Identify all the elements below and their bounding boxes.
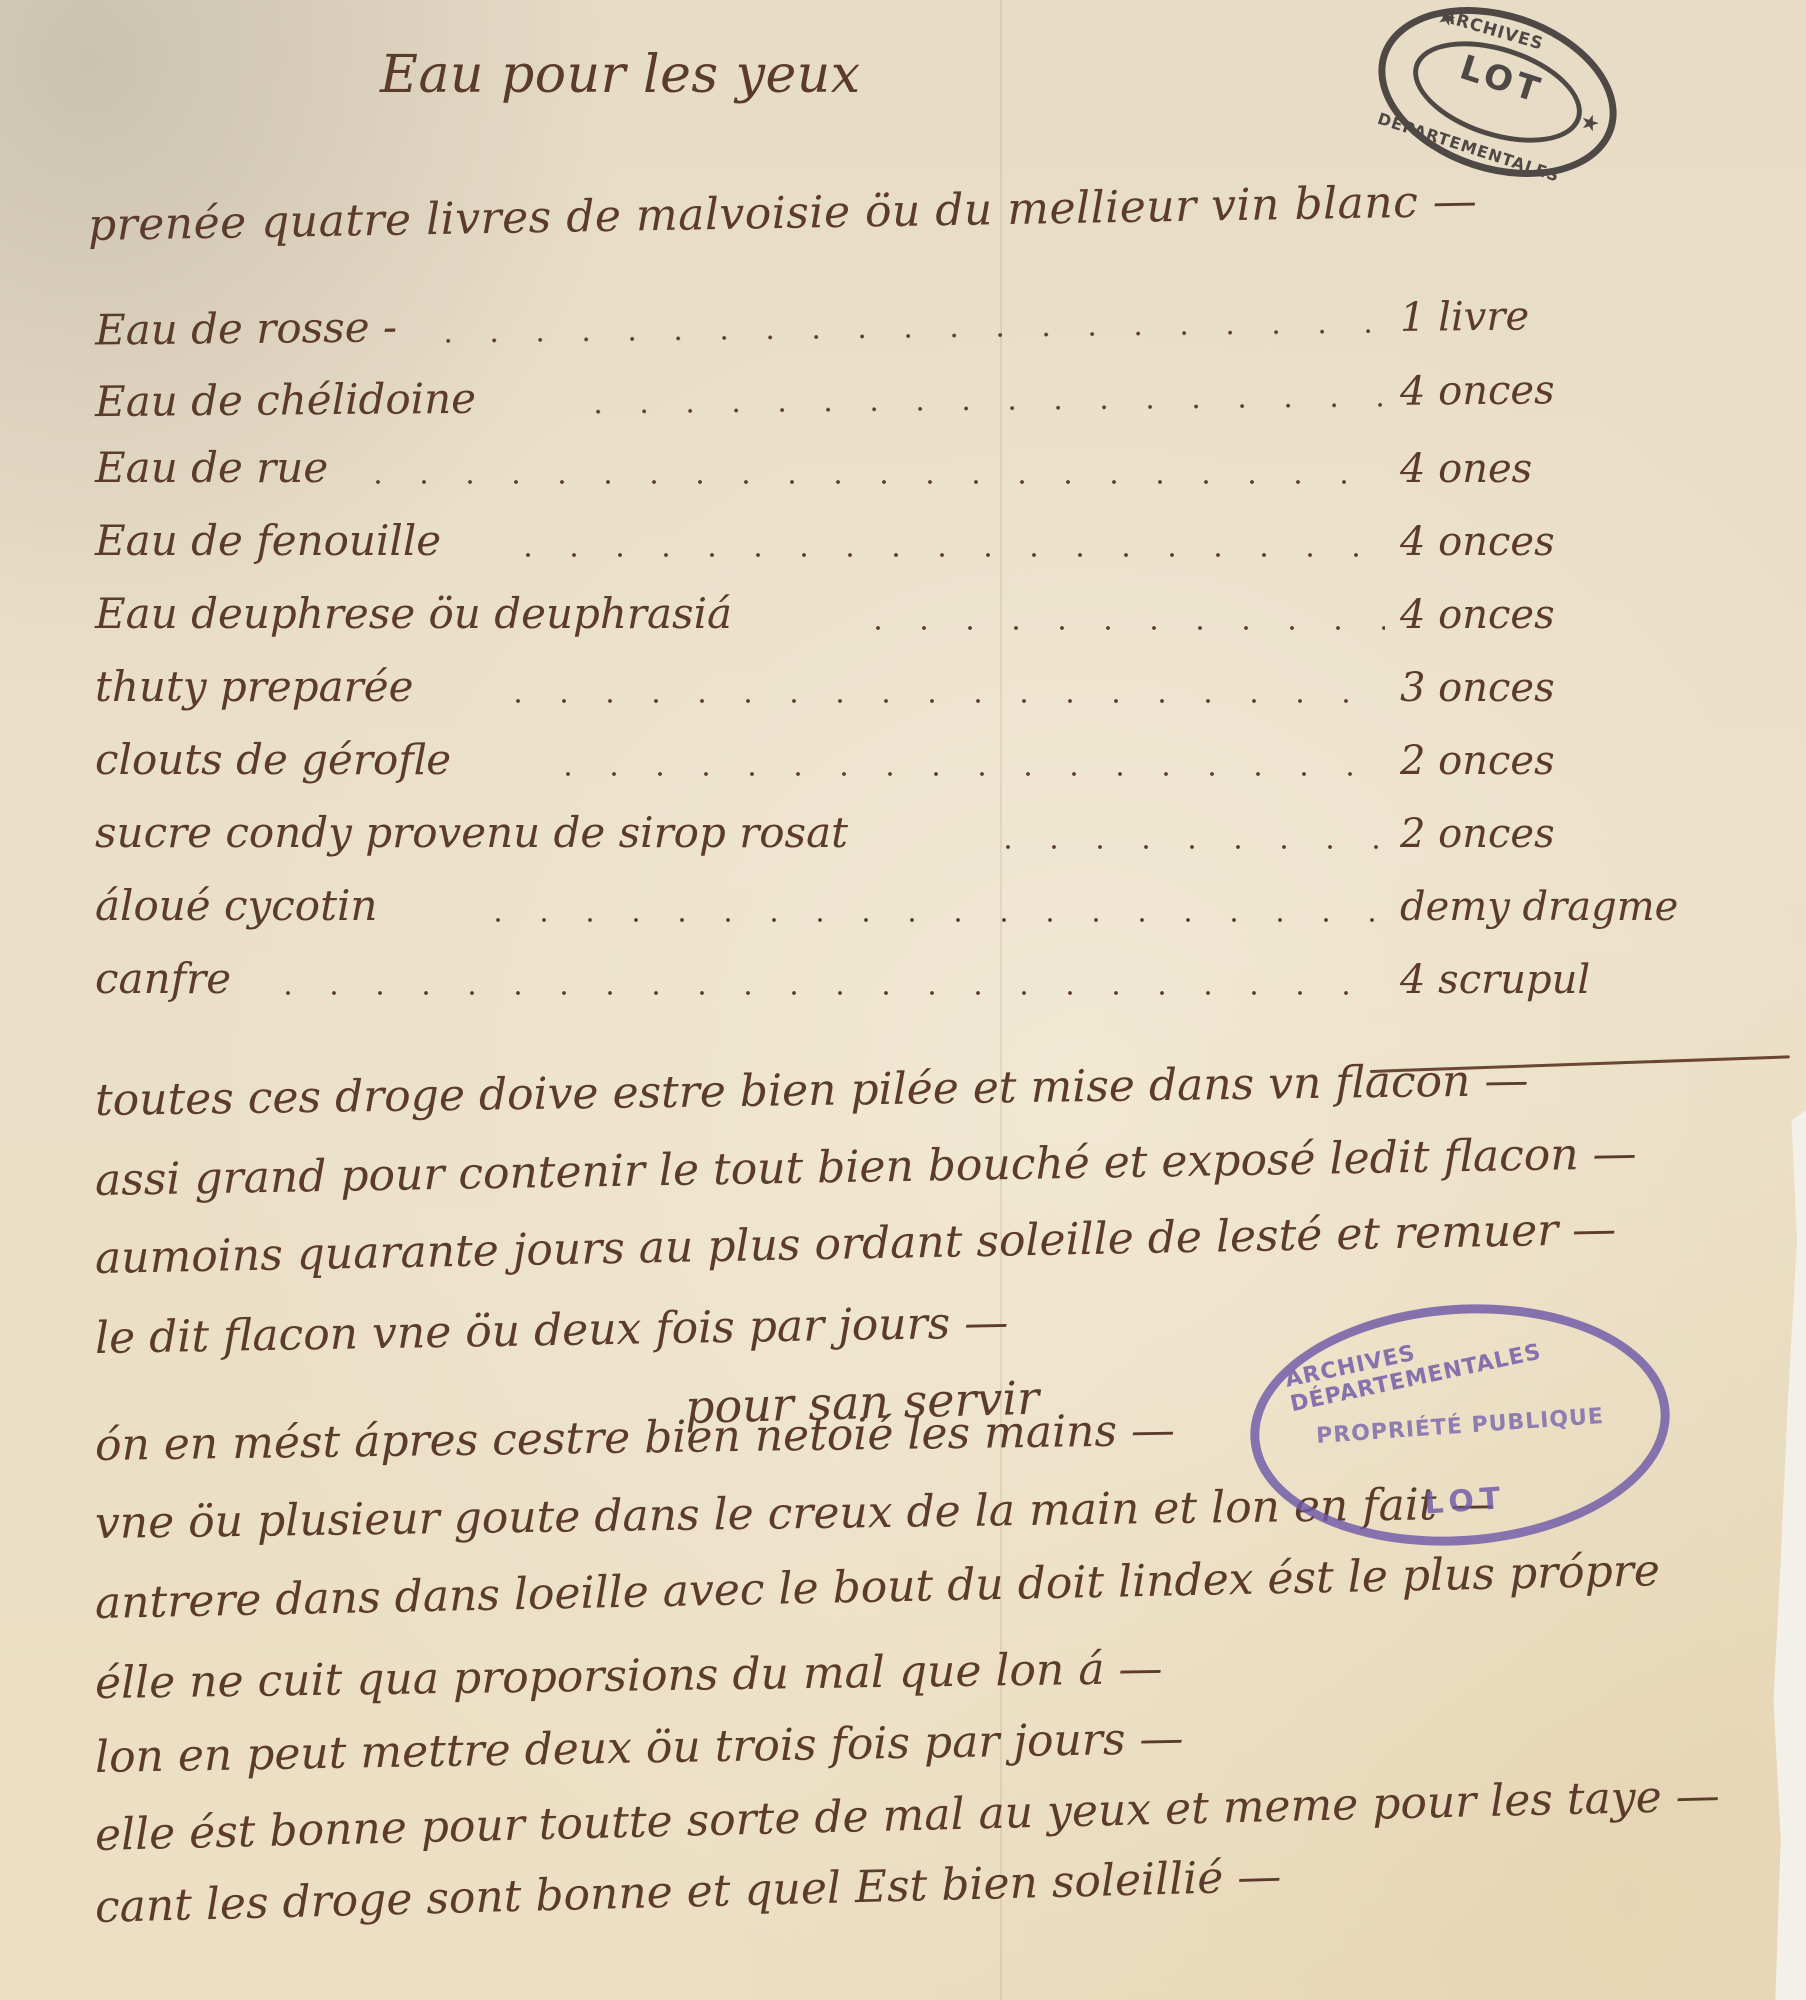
- ingredient-row: clouts de gérofle 2 onces: [95, 723, 1725, 796]
- ingredient-name: Eau deuphrese öu deuphrasiá: [95, 589, 732, 638]
- ingredient-row: sucre condy provenu de sirop rosat 2 onc…: [95, 796, 1725, 869]
- ingredient-name: Eau de chélidoine: [95, 374, 476, 426]
- ingredient-quantity: 4 onces: [1400, 592, 1555, 638]
- ingredient-quantity: 4 onces: [1400, 519, 1555, 565]
- ingredient-row: áloué cycotin demy dragme: [95, 869, 1725, 942]
- ingredient-quantity: demy dragme: [1400, 884, 1678, 930]
- ingredient-row: thuty preparée 3 onces: [95, 650, 1725, 723]
- ingredient-name: áloué cycotin: [95, 881, 377, 930]
- ingredient-name: Eau de fenouille: [95, 516, 441, 565]
- ingredient-list: Eau de rosse - 1 livre Eau de chélidoine…: [95, 285, 1725, 1015]
- dot-leader: [495, 699, 1385, 703]
- ingredient-name: Eau de rue: [95, 443, 328, 492]
- ingredient-quantity: 2 onces: [1400, 738, 1555, 784]
- dot-leader: [475, 918, 1385, 922]
- ingredient-quantity: 3 onces: [1400, 665, 1555, 711]
- ingredient-quantity: 1 livre: [1400, 294, 1530, 341]
- dot-leader: [855, 626, 1385, 630]
- ingredient-name: Eau de rosse -: [95, 302, 398, 354]
- ingredient-row: canfre 4 scrupul: [95, 942, 1725, 1015]
- ingredient-quantity: 4 scrupul: [1400, 957, 1590, 1003]
- ingredient-name: thuty preparée: [95, 662, 413, 711]
- dot-leader: [425, 329, 1385, 343]
- ingredient-row: Eau de chélidoine 4 onces: [95, 351, 1726, 438]
- dot-leader: [985, 845, 1385, 849]
- ingredient-name: canfre: [95, 954, 231, 1003]
- recipe-title: Eau pour les yeux: [380, 45, 861, 105]
- dot-leader: [545, 772, 1385, 776]
- ingredient-quantity: 4 onces: [1400, 367, 1555, 414]
- dot-leader: [575, 403, 1385, 414]
- ingredient-row: Eau de fenouille 4 onces: [95, 504, 1725, 577]
- ingredient-quantity: 2 onces: [1400, 811, 1555, 857]
- ingredient-name: sucre condy provenu de sirop rosat: [95, 808, 848, 857]
- ingredient-quantity: 4 ones: [1400, 446, 1532, 492]
- dot-leader: [355, 480, 1385, 484]
- ingredient-name: clouts de gérofle: [95, 735, 451, 784]
- dot-leader: [505, 553, 1385, 557]
- ingredient-row: Eau de rue 4 ones: [95, 431, 1725, 504]
- dot-leader: [265, 991, 1385, 995]
- ingredient-row: Eau deuphrese öu deuphrasiá 4 onces: [95, 577, 1725, 650]
